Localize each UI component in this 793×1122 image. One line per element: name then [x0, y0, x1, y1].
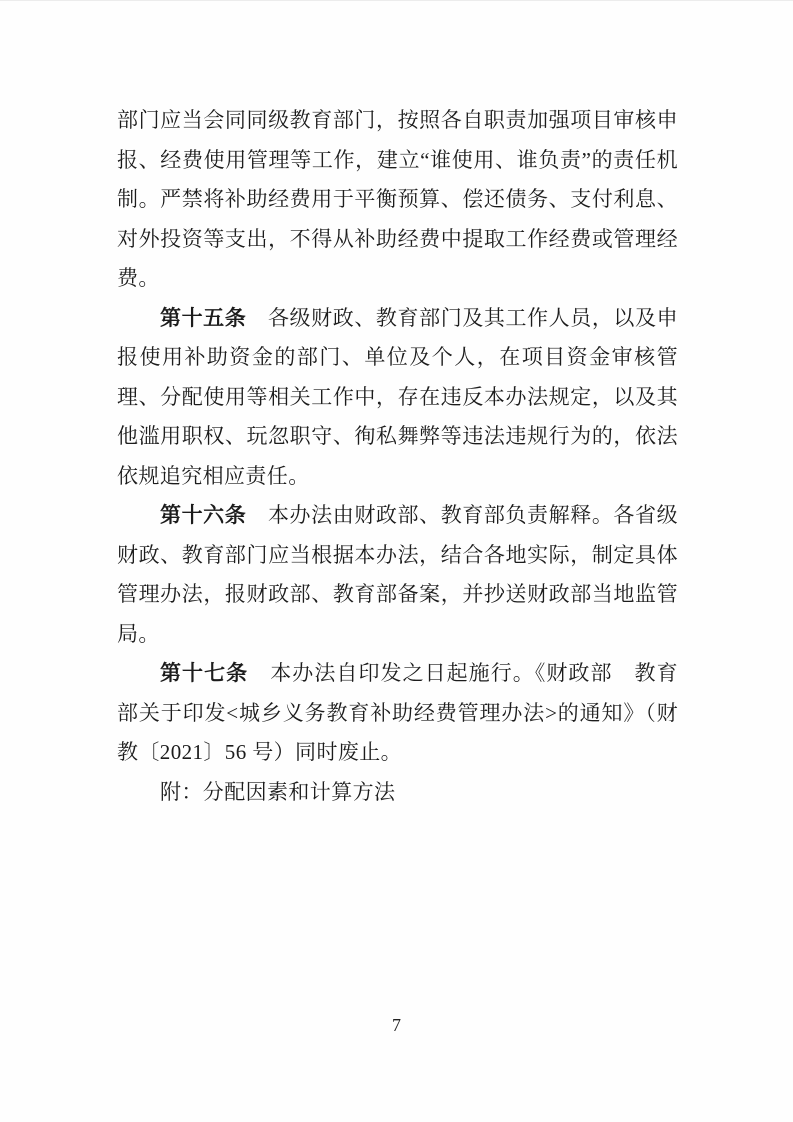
paragraph-text: 部门应当会同同级教育部门，按照各自职责加强项目审核申报、经费使用管理等工作，建立… — [117, 108, 678, 290]
paragraph: 第十七条 本办法自印发之日起施行。《财政部 教育部关于印发<城乡义务教育补助经费… — [117, 654, 678, 773]
article-number-label: 第十五条 — [160, 306, 246, 330]
article-number-label: 第十七条 — [160, 661, 248, 685]
paragraph: 部门应当会同同级教育部门，按照各自职责加强项目审核申报、经费使用管理等工作，建立… — [117, 101, 678, 299]
document-body: 部门应当会同同级教育部门，按照各自职责加强项目审核申报、经费使用管理等工作，建立… — [117, 101, 678, 812]
paragraph: 第十六条 本办法由财政部、教育部负责解释。各省级财政、教育部门应当根据本办法，结… — [117, 496, 678, 654]
article-number-label: 第十六条 — [160, 503, 246, 527]
attachment-line: 附：分配因素和计算方法 — [117, 773, 678, 813]
page-number: 7 — [0, 1014, 793, 1036]
paragraph: 第十五条 各级财政、教育部门及其工作人员，以及申报使用补助资金的部门、单位及个人… — [117, 299, 678, 497]
document-page: 部门应当会同同级教育部门，按照各自职责加强项目审核申报、经费使用管理等工作，建立… — [0, 0, 793, 1122]
paragraph-text: 各级财政、教育部门及其工作人员，以及申报使用补助资金的部门、单位及个人，在项目资… — [117, 306, 678, 488]
attachment-text: 附：分配因素和计算方法 — [160, 780, 395, 804]
